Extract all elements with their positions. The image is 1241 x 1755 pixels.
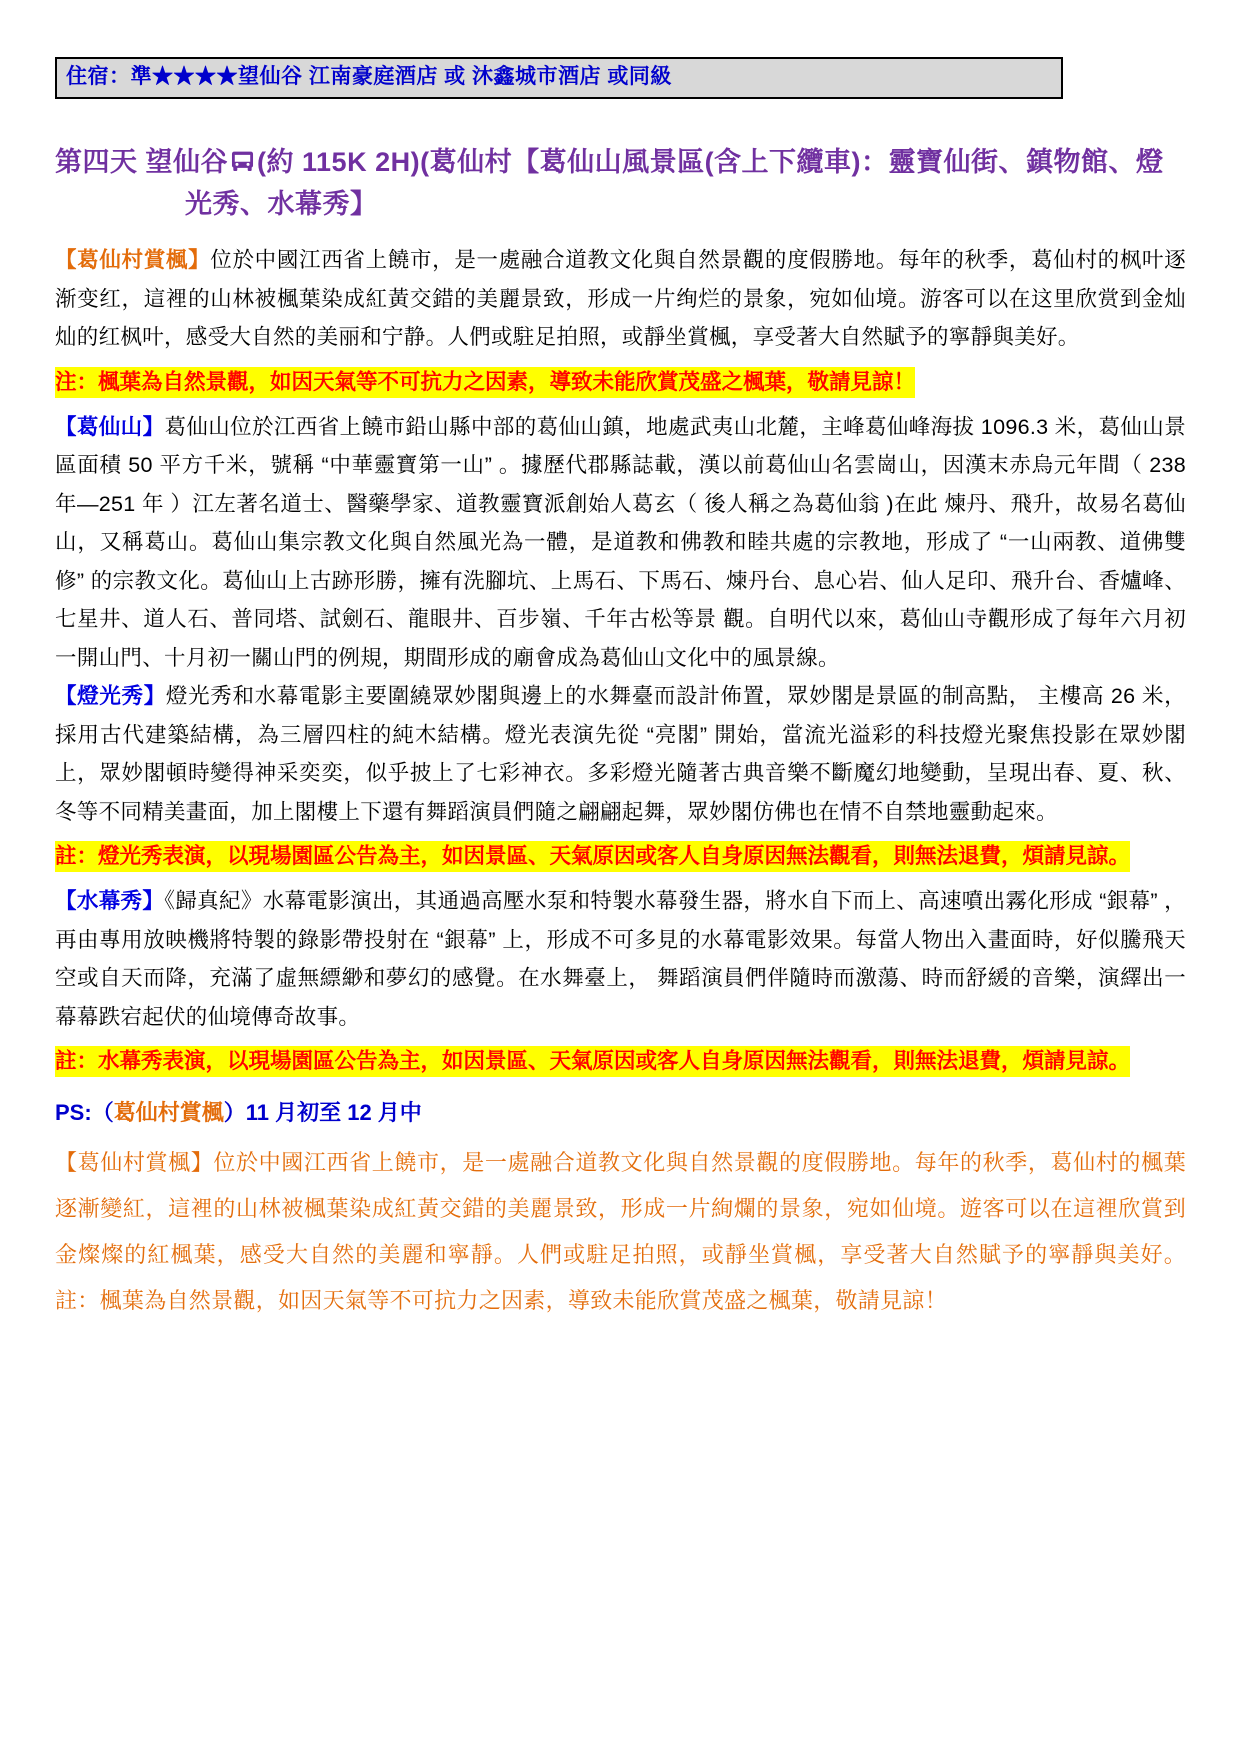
paragraph-gexianshan: 【葛仙山】葛仙山位於江西省上饒市鉛山縣中部的葛仙山鎮，地處武夷山北麓，主峰葛仙峰… (55, 408, 1186, 678)
day-title: 第四天 望仙谷(約 115K 2H)(葛仙村【葛仙山風景區(含上下纜車)：靈寶仙… (55, 141, 1186, 225)
label-gexianshan: 【葛仙山】 (55, 415, 164, 439)
water-show-text: 《歸真紀》水幕電影演出，其通過高壓水泵和特製水幕發生器，將水自下而上、高速噴出霧… (55, 889, 1186, 1029)
day-title-post: (約 115K 2H)(葛仙村【葛仙山風景區(含上下纜車)：靈寶仙街、鎮物館、燈… (185, 147, 1164, 219)
label-maple-viewing: 【葛仙村賞楓】 (55, 248, 210, 272)
ps-paren-close: ） (224, 1100, 246, 1125)
ps-dates: 11 月初至 12 月中 (246, 1100, 422, 1125)
paragraph-water-show: 【水幕秀】《歸真紀》水幕電影演出，其通過高壓水泵和特製水幕發生器，將水自下而上、… (55, 882, 1186, 1036)
note-water-show: 註：水幕秀表演，以現場園區公告為主，如因景區、天氣原因或客人自身原因無法觀看，則… (55, 1039, 1186, 1084)
paragraph-maple-intro: 【葛仙村賞楓】位於中國江西省上饒市，是一處融合道教文化與自然景觀的度假勝地。每年… (55, 241, 1186, 357)
paragraph-light-show: 【燈光秀】燈光秀和水幕電影主要圍繞眾妙閣與邊上的水舞臺而設計佈置，眾妙閣是景區的… (55, 677, 1186, 831)
ps-paren-open: （ (92, 1100, 114, 1125)
note-light-show: 註：燈光秀表演，以現場園區公告為主，如因景區、天氣原因或客人自身原因無法觀看，則… (55, 834, 1186, 879)
label-water-show: 【水幕秀】 (55, 889, 164, 913)
gexianshan-text: 葛仙山位於江西省上饒市鉛山縣中部的葛仙山鎮，地處武夷山北麓，主峰葛仙峰海拔 10… (55, 415, 1186, 670)
note-maple-text: 注：楓葉為自然景觀，如因天氣等不可抗力之因素，導致未能欣賞茂盛之楓葉，敬請見諒！ (55, 367, 915, 398)
label-light-show: 【燈光秀】 (55, 684, 166, 708)
day-title-pre: 第四天 望仙谷 (55, 147, 228, 177)
ps-line: PS:（葛仙村賞楓）11 月初至 12 月中 (55, 1092, 1186, 1134)
note-maple: 注：楓葉為自然景觀，如因天氣等不可抗力之因素，導致未能欣賞茂盛之楓葉，敬請見諒！ (55, 360, 1186, 405)
lodging-box: 住宿：準★★★★望仙谷 江南豪庭酒店 或 沐鑫城市酒店 或同級 (55, 57, 1063, 99)
note-light-show-text: 註：燈光秀表演，以現場園區公告為主，如因景區、天氣原因或客人自身原因無法觀看，則… (55, 841, 1130, 872)
light-show-text: 燈光秀和水幕電影主要圍繞眾妙閣與邊上的水舞臺而設計佈置，眾妙閣是景區的制高點， … (55, 684, 1186, 824)
ps-prefix: PS: (55, 1100, 92, 1125)
note-water-show-text: 註：水幕秀表演，以現場園區公告為主，如因景區、天氣原因或客人自身原因無法觀看，則… (55, 1046, 1130, 1077)
bus-icon (229, 149, 256, 174)
paragraph-maple-footer: 【葛仙村賞楓】位於中國江西省上饒市，是一處融合道教文化與自然景觀的度假勝地。每年… (55, 1140, 1186, 1324)
lodging-text: 住宿：準★★★★望仙谷 江南豪庭酒店 或 沐鑫城市酒店 或同級 (66, 65, 672, 88)
itinerary-page: 住宿：準★★★★望仙谷 江南豪庭酒店 或 沐鑫城市酒店 或同級 第四天 望仙谷(… (0, 0, 1241, 1324)
maple-intro-text: 位於中國江西省上饒市，是一處融合道教文化與自然景觀的度假勝地。每年的秋季，葛仙村… (55, 248, 1186, 349)
ps-maple-name: 葛仙村賞楓 (114, 1100, 224, 1125)
